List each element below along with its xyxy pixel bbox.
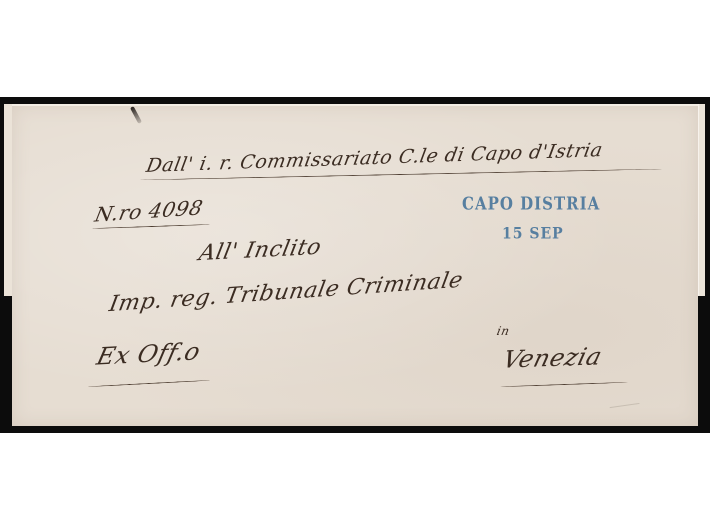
postmark-town: CAPO DISTRIA xyxy=(462,194,600,215)
sheet-top-edge xyxy=(12,104,698,106)
ex-officio-note: Ex Off.o xyxy=(94,337,203,370)
right-fold-edge xyxy=(698,104,705,296)
postmark-date: 15 SEP xyxy=(502,225,564,243)
destination-city: Venezia xyxy=(500,342,605,373)
